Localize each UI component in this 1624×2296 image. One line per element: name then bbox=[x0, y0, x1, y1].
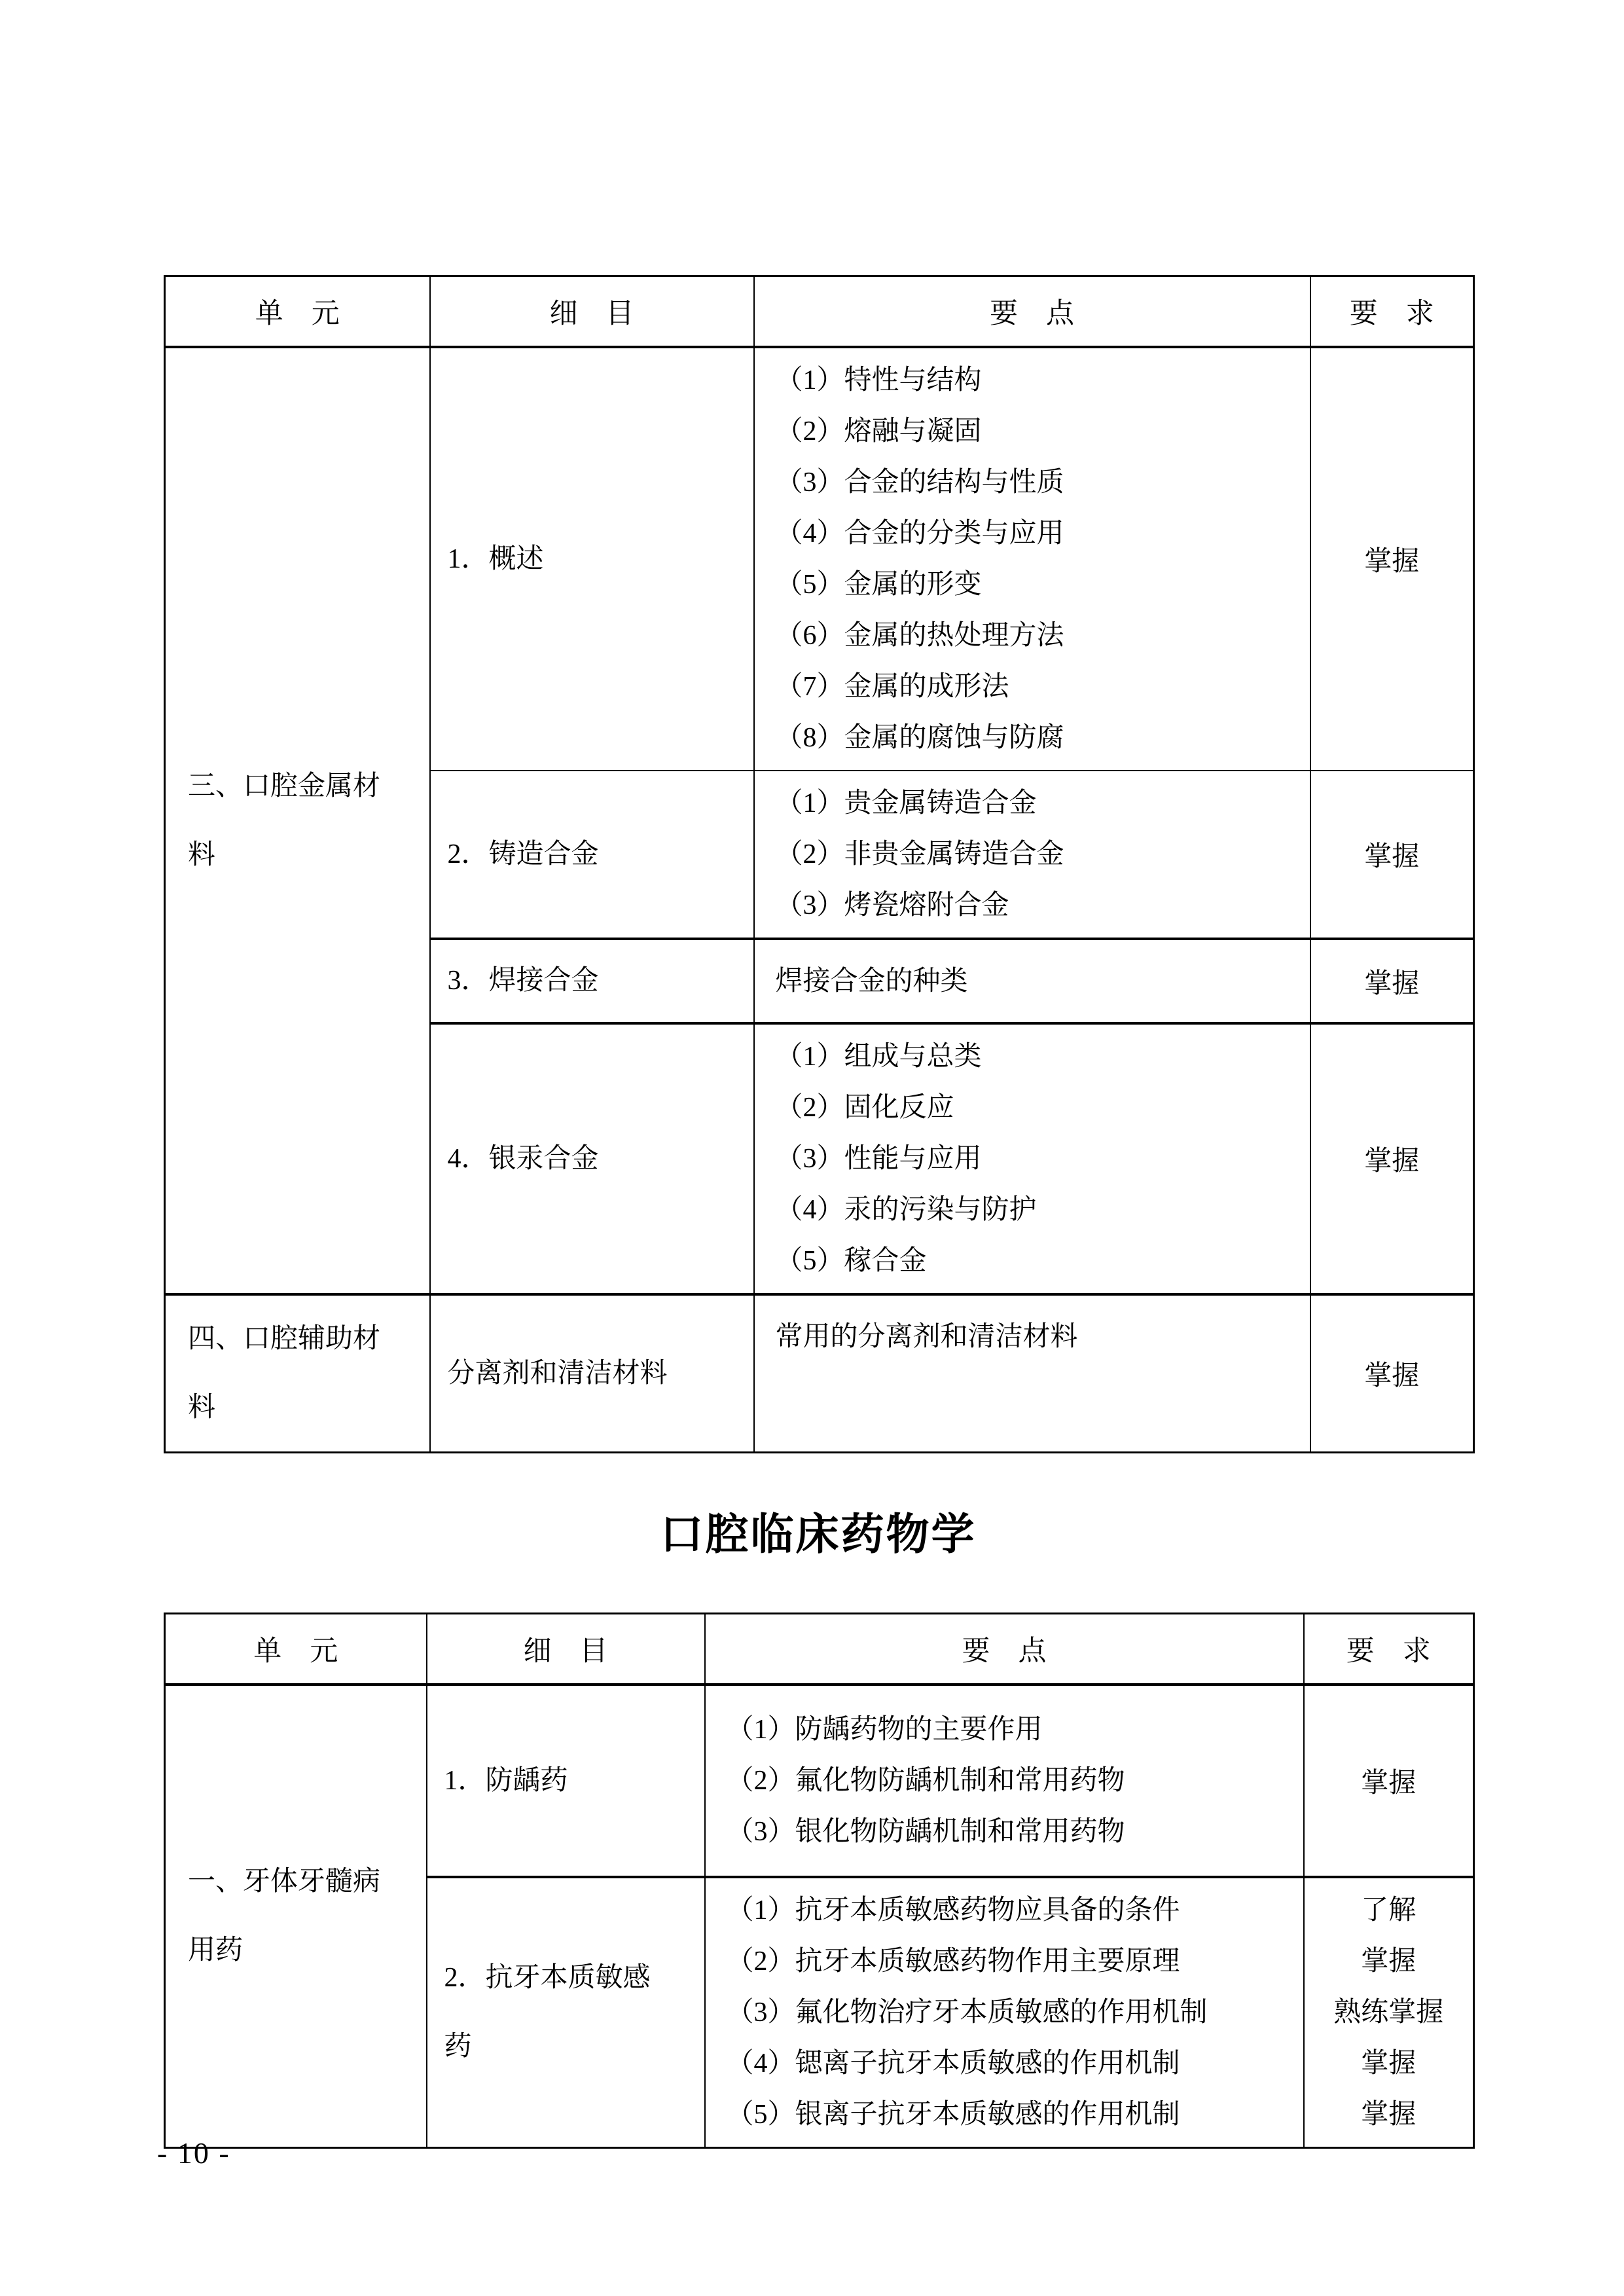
table2-header-row: 单 元 细 目 要 点 要 求 bbox=[165, 1614, 1474, 1685]
points-cell: 焊接合金的种类 bbox=[754, 939, 1310, 1023]
page-content: 单 元 细 目 要 点 要 求 三、口腔金属材 料 1．概述 （1）特性与结构 … bbox=[164, 275, 1473, 2149]
unit-cell-auxiliary-materials: 四、口腔辅助材 料 bbox=[165, 1294, 430, 1453]
detail-cell-overview: 1．概述 bbox=[430, 347, 754, 771]
point-item: （6）金属的热处理方法 bbox=[776, 610, 1302, 661]
table1-col-header-points: 要 点 bbox=[754, 276, 1310, 348]
point-item: （1）特性与结构 bbox=[776, 355, 1302, 406]
requirement-cell: 掌握 bbox=[1310, 771, 1474, 939]
table-row: 三、口腔金属材 料 1．概述 （1）特性与结构 （2）熔融与凝固 （3）合金的结… bbox=[165, 347, 1474, 771]
point-item: 常用的分离剂和清洁材料 bbox=[776, 1311, 1302, 1362]
requirement-item: 掌握 bbox=[1307, 2089, 1471, 2140]
requirement-item: 熟练掌握 bbox=[1307, 1987, 1471, 2038]
page-number: - 10 - bbox=[157, 2136, 230, 2170]
point-item: （5）稼合金 bbox=[776, 1235, 1302, 1286]
detail-cell-amalgam: 4．银汞合金 bbox=[430, 1023, 754, 1294]
point-item: （1）抗牙本质敏感药物应具备的条件 bbox=[727, 1885, 1295, 1936]
requirement-item: 掌握 bbox=[1307, 1936, 1471, 1987]
unit-cell-tooth-pulp-drugs: 一、牙体牙髓病 用药 bbox=[165, 1685, 427, 2148]
point-item: （2）熔融与凝固 bbox=[776, 406, 1302, 457]
points-cell: （1）防龋药物的主要作用 （2）氟化物防龋机制和常用药物 （3）银化物防龋机制和… bbox=[705, 1685, 1304, 1877]
requirement-cell: 了解 掌握 熟练掌握 掌握 掌握 bbox=[1304, 1877, 1474, 2148]
table-row: 一、牙体牙髓病 用药 1．防龋药 （1）防龋药物的主要作用 （2）氟化物防龋机制… bbox=[165, 1685, 1474, 1877]
point-item: （1）贵金属铸造合金 bbox=[776, 778, 1302, 829]
point-item: （5）金属的形变 bbox=[776, 559, 1302, 610]
point-item: （4）锶离子抗牙本质敏感的作用机制 bbox=[727, 2038, 1295, 2089]
requirement-item: 掌握 bbox=[1307, 2038, 1471, 2089]
point-item: （2）氟化物防龋机制和常用药物 bbox=[727, 1755, 1295, 1806]
detail-cell-solder-alloy: 3．焊接合金 bbox=[430, 939, 754, 1023]
point-item: （7）金属的成形法 bbox=[776, 661, 1302, 712]
point-item: （2）抗牙本质敏感药物作用主要原理 bbox=[727, 1936, 1295, 1987]
table2-col-header-req: 要 求 bbox=[1304, 1614, 1474, 1685]
requirement-cell: 掌握 bbox=[1310, 1023, 1474, 1294]
point-item: （5）银离子抗牙本质敏感的作用机制 bbox=[727, 2089, 1295, 2140]
point-item: （8）金属的腐蚀与防腐 bbox=[776, 712, 1302, 763]
detail-cell-cast-alloy: 2．铸造合金 bbox=[430, 771, 754, 939]
table1-col-header-detail: 细 目 bbox=[430, 276, 754, 348]
point-item: （3）合金的结构与性质 bbox=[776, 457, 1302, 508]
table1-header-row: 单 元 细 目 要 点 要 求 bbox=[165, 276, 1474, 348]
point-item: 焊接合金的种类 bbox=[776, 956, 1302, 1007]
detail-cell-anticaries-drugs: 1．防龋药 bbox=[427, 1685, 705, 1877]
section-title: 口腔临床药物学 bbox=[164, 1499, 1473, 1561]
requirement-item: 了解 bbox=[1307, 1885, 1471, 1936]
points-cell: 常用的分离剂和清洁材料 bbox=[754, 1294, 1310, 1453]
table1-col-header-req: 要 求 bbox=[1310, 276, 1474, 348]
table-oral-materials: 单 元 细 目 要 点 要 求 三、口腔金属材 料 1．概述 （1）特性与结构 … bbox=[164, 275, 1475, 1453]
table-row: 四、口腔辅助材 料 分离剂和清洁材料 常用的分离剂和清洁材料 掌握 bbox=[165, 1294, 1474, 1453]
point-item: （1）防龋药物的主要作用 bbox=[727, 1704, 1295, 1755]
point-item: （3）银化物防龋机制和常用药物 bbox=[727, 1806, 1295, 1857]
detail-cell-antisensitivity-drugs: 2．抗牙本质敏感 药 bbox=[427, 1877, 705, 2148]
points-cell: （1）组成与总类 （2）固化反应 （3）性能与应用 （4）汞的污染与防护 （5）… bbox=[754, 1023, 1310, 1294]
detail-cell-separating-agents: 分离剂和清洁材料 bbox=[430, 1294, 754, 1453]
requirement-cell: 掌握 bbox=[1310, 1294, 1474, 1453]
point-item: （3）氟化物治疗牙本质敏感的作用机制 bbox=[727, 1987, 1295, 2038]
point-item: （2）非贵金属铸造合金 bbox=[776, 829, 1302, 880]
point-item: （4）合金的分类与应用 bbox=[776, 508, 1302, 559]
unit-cell-metal-materials: 三、口腔金属材 料 bbox=[165, 347, 430, 1294]
points-cell: （1）特性与结构 （2）熔融与凝固 （3）合金的结构与性质 （4）合金的分类与应… bbox=[754, 347, 1310, 771]
table2-col-header-detail: 细 目 bbox=[427, 1614, 705, 1685]
point-item: （3）性能与应用 bbox=[776, 1133, 1302, 1184]
table1-col-header-unit: 单 元 bbox=[165, 276, 430, 348]
point-item: （3）烤瓷熔附合金 bbox=[776, 880, 1302, 931]
points-cell: （1）抗牙本质敏感药物应具备的条件 （2）抗牙本质敏感药物作用主要原理 （3）氟… bbox=[705, 1877, 1304, 2148]
table2-col-header-unit: 单 元 bbox=[165, 1614, 427, 1685]
table-clinical-pharmacology: 单 元 细 目 要 点 要 求 一、牙体牙髓病 用药 1．防龋药 （1）防龋药物… bbox=[164, 1613, 1475, 2149]
point-item: （1）组成与总类 bbox=[776, 1031, 1302, 1082]
point-item: （2）固化反应 bbox=[776, 1082, 1302, 1133]
requirement-cell: 掌握 bbox=[1310, 939, 1474, 1023]
table2-col-header-points: 要 点 bbox=[705, 1614, 1304, 1685]
point-item: （4）汞的污染与防护 bbox=[776, 1184, 1302, 1235]
requirement-cell: 掌握 bbox=[1310, 347, 1474, 771]
requirement-cell: 掌握 bbox=[1304, 1685, 1474, 1877]
document-page: 单 元 细 目 要 点 要 求 三、口腔金属材 料 1．概述 （1）特性与结构 … bbox=[0, 0, 1624, 2296]
points-cell: （1）贵金属铸造合金 （2）非贵金属铸造合金 （3）烤瓷熔附合金 bbox=[754, 771, 1310, 939]
